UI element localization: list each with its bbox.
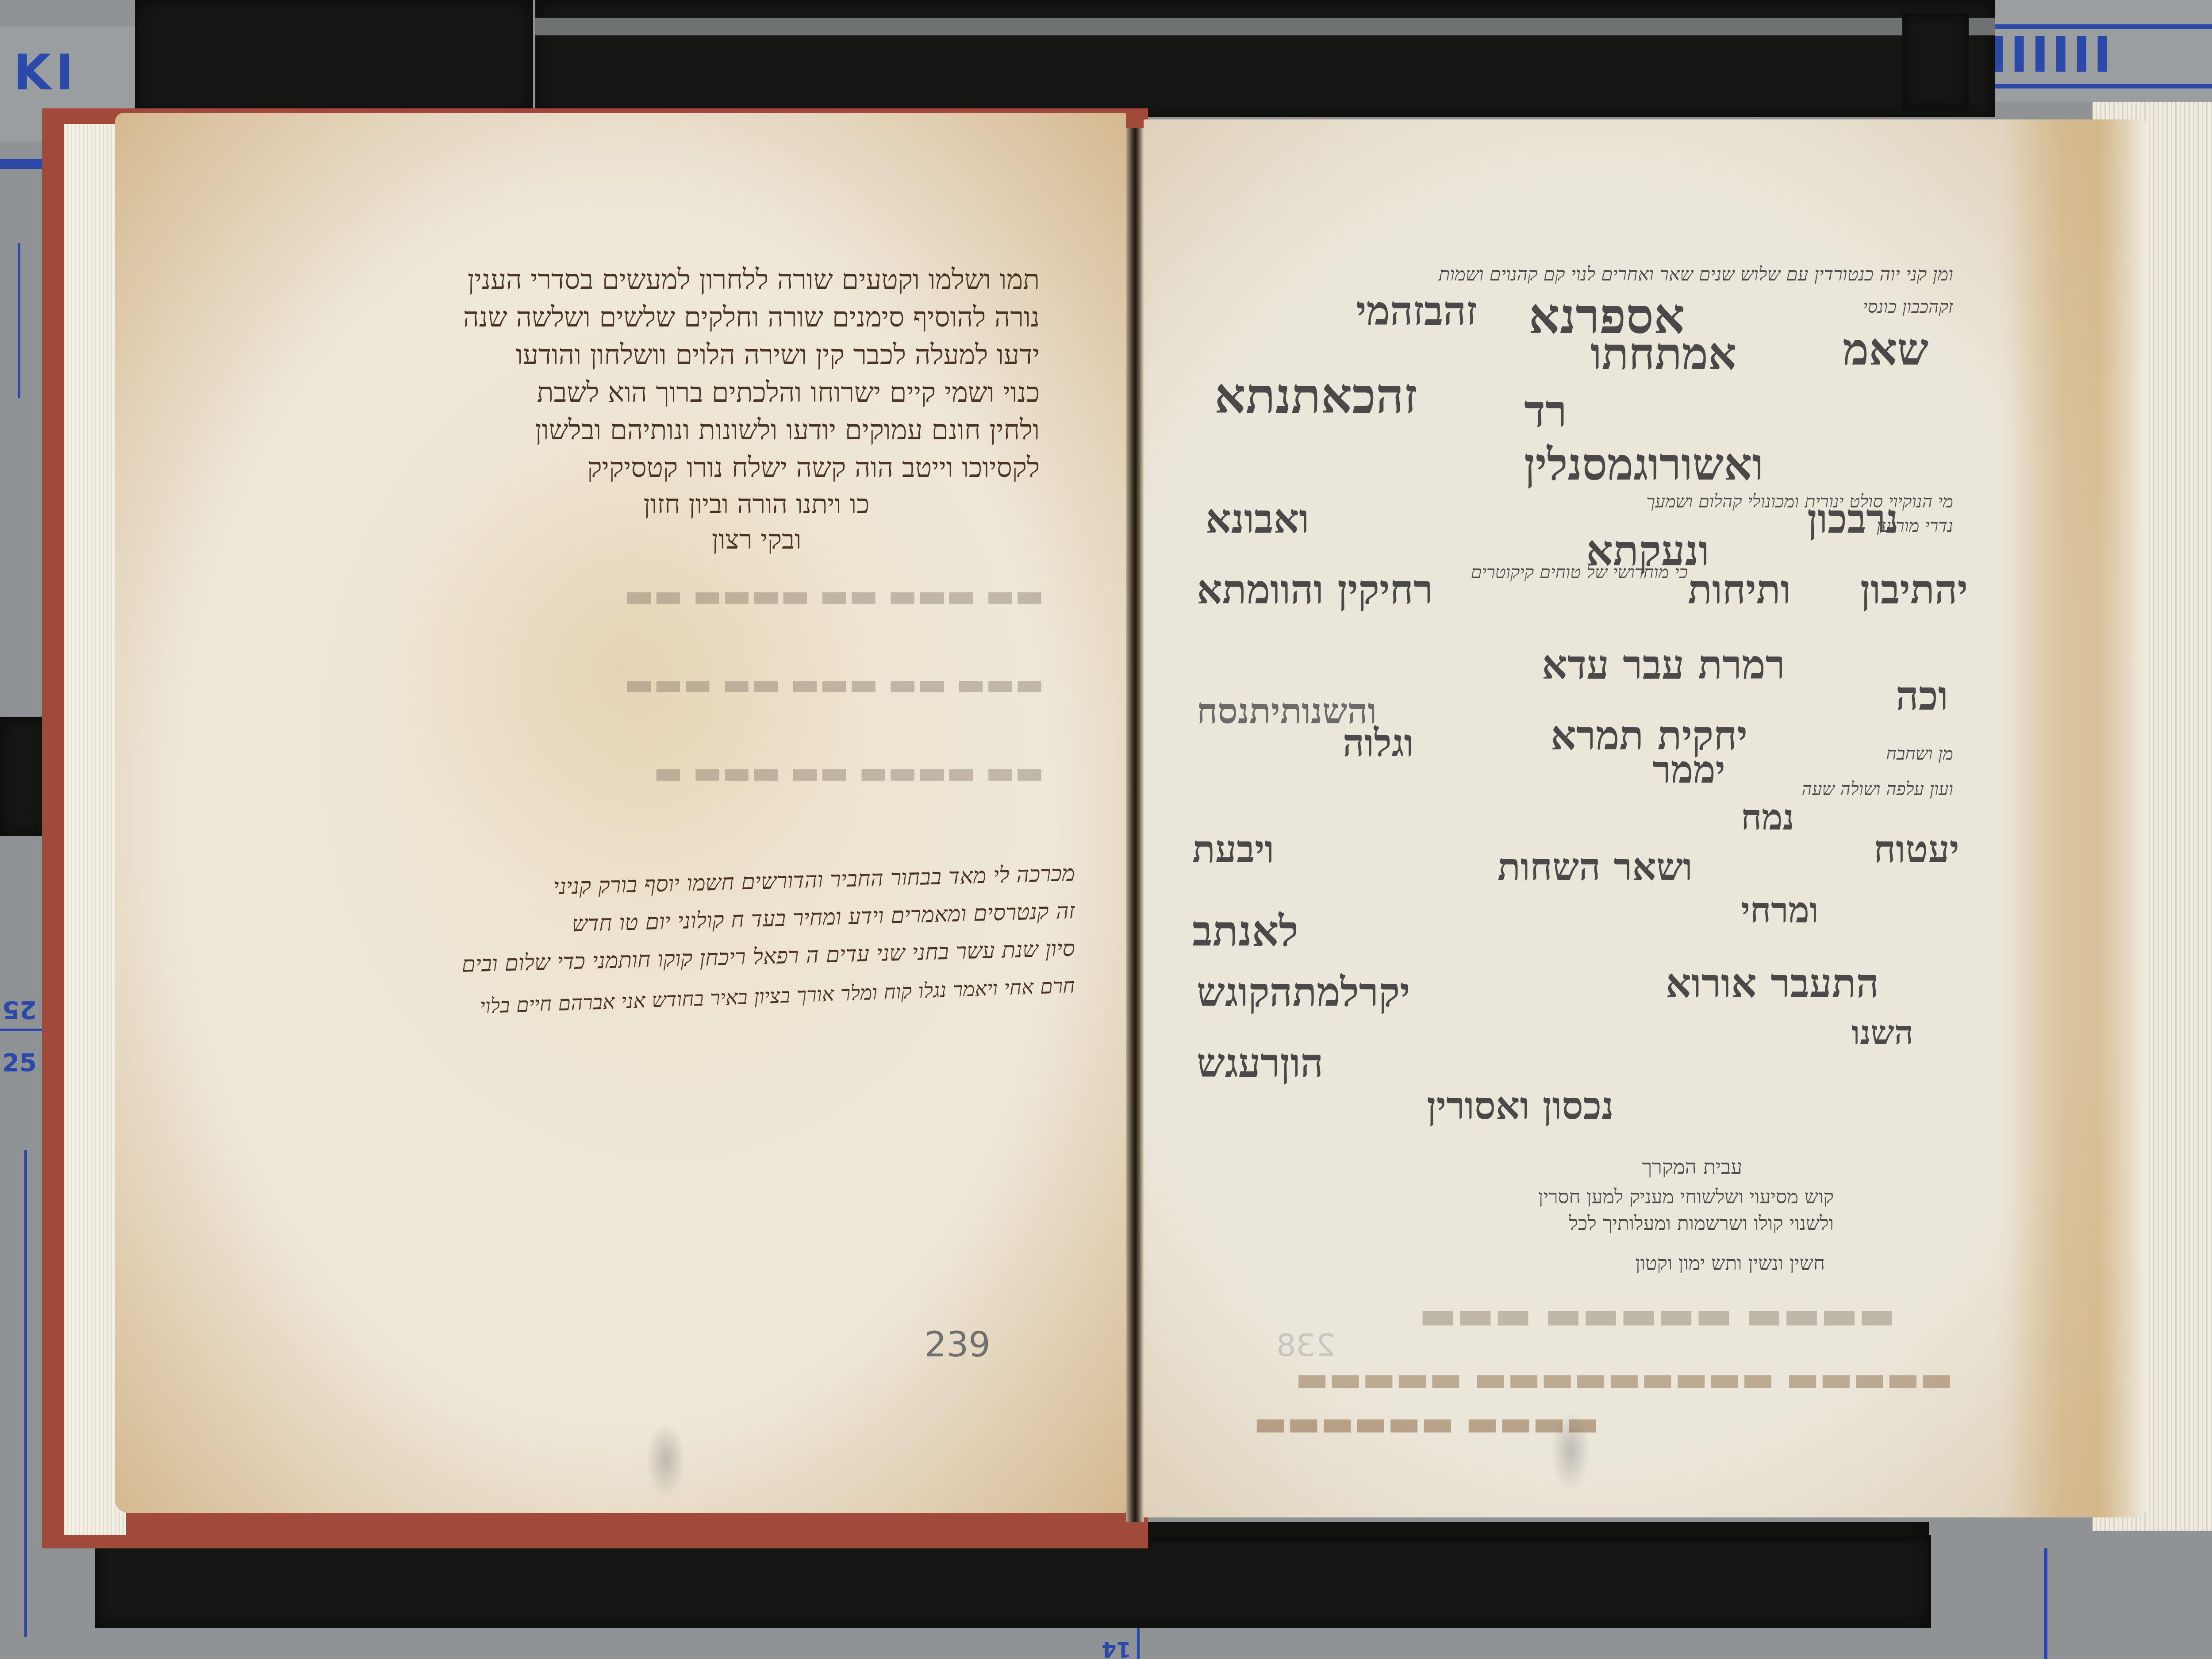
text-line: ולחין חונם עמוקים יודעו ולשונות ונותיהם …	[411, 414, 1040, 446]
display-word: וכה	[1896, 672, 1948, 719]
gloss-line: זקהכבון כונסי	[1834, 296, 1953, 317]
text-line: לקסיוכו וייטב הוה קשה ישלח נורו קטסיקיק	[411, 451, 1040, 484]
show-through-text: ▬▬▬▬ ▬▬▬▬▬▬	[1201, 1402, 1599, 1444]
black-weight-top-right	[1902, 13, 1969, 111]
ruler-vertical-line-left	[18, 243, 20, 398]
display-word: נמח	[1741, 796, 1794, 838]
colophon-line: חרם אחי ויאמר נגלו קוח ומלר אורך בציון ב…	[323, 973, 1075, 1023]
display-word: וגלוה	[1343, 721, 1413, 765]
display-word: יקרלמתהקוגש	[1197, 969, 1410, 1016]
text-line: כנוי ושמי קיים ישרוחו והלכתים ברוך הוא ל…	[411, 376, 1040, 409]
folio-number: 239	[925, 1325, 991, 1365]
display-word: אמתחתו	[1590, 327, 1736, 380]
text-line: תמו ושלמו וקטעים שורה ללחרון למעשים בסדר…	[411, 263, 1040, 296]
text-line: ידעו למעלה לכבר קין ושירה הלוים וושלחון …	[411, 338, 1040, 371]
right-page: 238 ומן קני יוה כנטורדין עם שלוש שנים שא…	[1144, 119, 2148, 1517]
display-word: יעטוח	[1874, 827, 1959, 872]
black-weight-bottom-left	[95, 1535, 1931, 1628]
display-word: ומרחי	[1741, 889, 1819, 931]
ruler-number-14: 14	[1102, 1637, 1131, 1659]
display-word: הוןרעגש	[1197, 1040, 1323, 1087]
colophon-line: זה קנטרסים ומאמרים וידע ומחיר בעד ח קולו…	[385, 898, 1075, 942]
display-word: התעבר אורוא	[1666, 960, 1879, 1007]
ruler-number-25-bottom: 25	[2, 1048, 37, 1077]
display-word: שאמ	[1843, 323, 1928, 375]
display-word: השנו	[1851, 1013, 1913, 1052]
ruler-vertical-line-left-lower	[24, 1150, 27, 1637]
display-word: ותיחות	[1688, 566, 1791, 613]
ruler-line	[1964, 84, 2212, 88]
ruler-vertical-line-bottom	[1137, 1628, 1140, 1659]
lower-section-line: חשין ונשין ותש ימון וקטון	[1577, 1252, 1825, 1275]
book-gutter	[1126, 128, 1144, 1522]
water-stain-edge	[2011, 119, 2143, 1517]
display-word: נרבכון	[1807, 495, 1899, 542]
display-word: ויבעת	[1192, 827, 1274, 872]
display-word: יהתיבון	[1860, 566, 1968, 613]
lower-section-line: ולשנוי קולו ושרשמות ומעלותיך לכל	[1498, 1212, 1834, 1235]
foxing-spot	[646, 1422, 686, 1498]
colophon-line: סיון שנת עשר בחני שני עדים ה רפאל ריכחן …	[380, 935, 1075, 979]
black-weight-left-mid	[0, 717, 49, 836]
ruler-tick-line	[0, 1029, 49, 1031]
display-word: זהבזהמי	[1356, 288, 1477, 334]
gloss-line: מן ושחבח	[1829, 743, 1953, 764]
ruler-number-25-top: 25	[2, 995, 37, 1024]
display-word: רד	[1524, 385, 1567, 437]
section-heading: עבית המקרך	[1608, 1155, 1776, 1179]
display-word: ואבונא	[1206, 495, 1309, 542]
show-through-text: ▬▬▬ ▬▬ ▬▬▬ ▬▬ ▬▬▬	[403, 666, 1044, 702]
display-word: ושאר השחות	[1498, 845, 1693, 889]
light-strip-top	[535, 18, 1995, 35]
text-line: נורה להוסיף סימנים שורה וחלקים שלשים ושל…	[411, 301, 1040, 334]
ruler-label-top-left: KI	[13, 44, 78, 101]
display-word: ואשורוגמסנלין	[1524, 438, 1763, 490]
show-through-text: ▬▬ ▬▬▬ ▬▬ ▬▬▬▬ ▬▬	[403, 577, 1044, 614]
display-word: רמרת עבר עדא	[1542, 641, 1785, 688]
show-through-text: ▬▬▬▬▬ ▬▬▬▬▬▬▬▬▬ ▬▬▬▬▬	[1201, 1358, 1953, 1399]
closing-line: ובקי רצון	[668, 524, 845, 555]
left-page: תמו ושלמו וקטעים שורה ללחרון למעשים בסדר…	[115, 113, 1126, 1513]
text-line-centered: כו ויתנו הורה וביון חזון	[602, 489, 911, 520]
ruler-band-top-right: IIIIIII	[1964, 0, 2212, 102]
display-word: זהכאתנתא	[1214, 367, 1417, 425]
display-word: יממר	[1652, 748, 1725, 792]
show-through-text: ▬▬ ▬▬▬▬ ▬▬ ▬▬▬ ▬	[403, 754, 1044, 791]
display-word: לאנתב	[1192, 907, 1298, 956]
gloss-line: ומן קני יוה כנטורדין עם שלוש שנים שאר וא…	[1206, 263, 1953, 285]
ruler-vertical-line-bottom-right	[2044, 1548, 2047, 1659]
display-word: רחיקין והוומתא	[1197, 566, 1433, 613]
show-through-text: ▬▬▬▬ ▬▬▬▬▬ ▬▬▬	[1321, 1292, 1896, 1338]
display-word: נכסון ואסורין	[1427, 1084, 1614, 1128]
lower-section-line: קוש מסיעוי ושלשוחי מעניק למען חסרין	[1498, 1186, 1834, 1208]
black-weight-top-left	[135, 0, 533, 115]
